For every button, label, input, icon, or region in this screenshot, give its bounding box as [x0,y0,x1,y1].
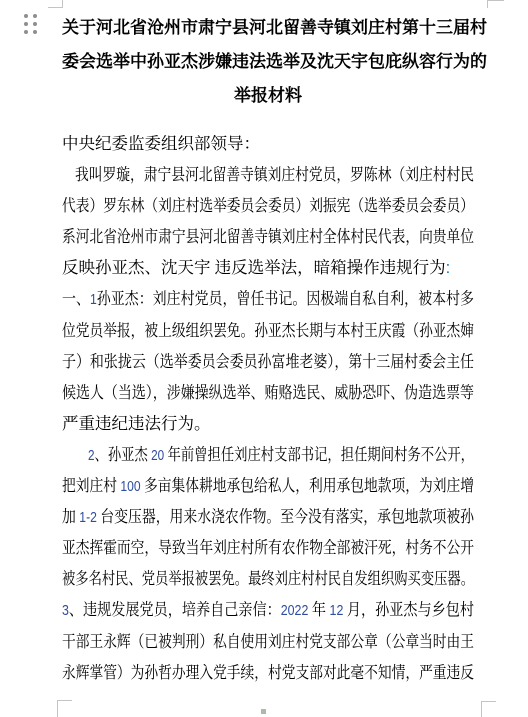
title-line: 举报材料 [62,79,474,113]
number-text: 1-2 [79,510,97,526]
document-line[interactable]: 一、1孙亚杰：刘庄村党员，曾任书记。因极端自私自利，被本村多 [62,283,474,314]
document-line-text: 被多名村民、党员举报被罢免。最终刘庄村村民自发组织购买变压器。 [62,563,474,594]
document-line[interactable]: 代表）罗东林（刘庄村选举委员会委员）刘振宪（选举委员会委员） [62,190,474,221]
document-line[interactable]: 严重违纪违法行为。 [62,408,474,439]
document-line[interactable]: 2、孙亚杰 20 年前曾担任刘庄村支部书记，担任期间村务不公开， [62,439,474,470]
document-page: 关于河北省沧州市肃宁县河北留善寺镇刘庄村第十三届村委会选举中孙亚杰涉嫌违法选举及… [0,0,528,717]
document-line-text: 代表）罗东林（刘庄村选举委员会委员）刘振宪（选举委员会委员） [62,190,474,221]
page-boundary-mark-bottom-right [481,701,496,717]
number-text: 2022 [281,603,309,619]
document-line-text: 永辉掌管）为孙哲办理入党手续，村党支部对此毫不知情，严重违反 [62,657,474,688]
page-boundary-mark-top-right [487,0,504,8]
document-line[interactable]: 位党员举报，被上级组织罢免。孙亚杰长期与本村王庆霞（孙亚杰婶 [62,315,474,346]
page-bottom-marker [261,709,266,714]
number-text: 3 [62,603,69,619]
document-line-text: 候选人（当选），涉嫌操纵选举、贿赂选民、威胁恐吓、伪造选票等 [62,377,474,408]
page-boundary-mark-bottom-left [57,700,72,717]
document-line[interactable]: 亚杰挥霍而空，导致当年刘庄村所有农作物全部被汗死，村务不公开 [62,532,474,563]
document-line-text: 子）和张拢云（选举委员会委员孙富堆老婆），第十三届村委会主任 [62,346,474,377]
document-line[interactable]: 3、违规发展党员，培养自己亲信：2022 年 12 月，孙亚杰与乡包村 [62,594,474,625]
number-text: 100 [120,479,140,495]
document-line[interactable]: 加 1-2 台变压器，用来水浇农作物。至今没有落实，承包地款项被孙 [62,501,474,532]
document-line[interactable]: 候选人（当选），涉嫌操纵选举、贿赂选民、威胁恐吓、伪造选票等 [62,377,474,408]
document-line-text: 我叫罗璇，肃宁县河北留善寺镇刘庄村党员，罗陈林（刘庄村村民 [75,159,474,190]
number-text: 1 [90,292,97,308]
document-line-text: 加 1-2 台变压器，用来水浇农作物。至今没有落实，承包地款项被孙 [62,501,474,534]
document-line-text: 一、1孙亚杰：刘庄村党员，曾任书记。因极端自私自利，被本村多 [62,283,474,316]
document-line-text: 严重违纪违法行为。 [62,408,211,439]
document-line[interactable]: 反映孙亚杰、沈天宇 违反选举法，暗箱操作违规行为: [62,252,474,283]
document-body[interactable]: 中央纪委监委组织部领导：我叫罗璇，肃宁县河北留善寺镇刘庄村党员，罗陈林（刘庄村村… [62,128,474,688]
document-line[interactable]: 我叫罗璇，肃宁县河北留善寺镇刘庄村党员，罗陈林（刘庄村村民 [62,159,474,190]
document-line-text: 把刘庄村 100 多亩集体耕地承包给私人，利用承包地款项，为刘庄增 [62,470,474,503]
document-line[interactable]: 被多名村民、党员举报被罢免。最终刘庄村村民自发组织购买变压器。 [62,563,474,594]
page-boundary-mark-top-left [48,0,63,8]
document-line-text: 2、孙亚杰 20 年前曾担任刘庄村支部书记，担任期间村务不公开， [88,439,474,472]
document-line-text: 中央纪委监委组织部领导： [62,128,260,159]
document-line-text: 位党员举报，被上级组织罢免。孙亚杰长期与本村王庆霞（孙亚杰婶 [62,315,474,346]
document-title: 关于河北省沧州市肃宁县河北留善寺镇刘庄村第十三届村委会选举中孙亚杰涉嫌违法选举及… [62,11,474,113]
document-line-text: 反映孙亚杰、沈天宇 违反选举法，暗箱操作违规行为: [62,252,450,284]
document-line[interactable]: 永辉掌管）为孙哲办理入党手续，村党支部对此毫不知情，严重违反 [62,657,474,688]
title-line: 关于河北省沧州市肃宁县河北留善寺镇刘庄村第十三届村 [62,11,474,45]
document-line[interactable]: 干部王永辉（已被判刑）私自使用刘庄村党支部公章（公章当时由王 [62,626,474,657]
document-line-text: 系河北省沧州市肃宁县河北留善寺镇刘庄村全体村民代表，向贵单位 [62,221,474,252]
highlight-colon: : [446,259,451,277]
document-line[interactable]: 中央纪委监委组织部领导： [62,128,474,159]
document-line[interactable]: 子）和张拢云（选举委员会委员孙富堆老婆），第十三届村委会主任 [62,346,474,377]
drag-handle-icon[interactable] [24,14,37,35]
document-line[interactable]: 系河北省沧州市肃宁县河北留善寺镇刘庄村全体村民代表，向贵单位 [62,221,474,252]
document-line-text: 3、违规发展党员，培养自己亲信：2022 年 12 月，孙亚杰与乡包村 [62,594,474,627]
title-line: 委会选举中孙亚杰涉嫌违法选举及沈天宇包庇纵容行为的 [62,45,474,79]
number-text: 12 [330,603,344,619]
number-text: 20 [151,448,164,464]
document-line-text: 亚杰挥霍而空，导致当年刘庄村所有农作物全部被汗死，村务不公开 [62,532,474,563]
number-text: 2 [88,448,95,464]
document-line-text: 干部王永辉（已被判刑）私自使用刘庄村党支部公章（公章当时由王 [62,626,474,657]
document-line[interactable]: 把刘庄村 100 多亩集体耕地承包给私人，利用承包地款项，为刘庄增 [62,470,474,501]
